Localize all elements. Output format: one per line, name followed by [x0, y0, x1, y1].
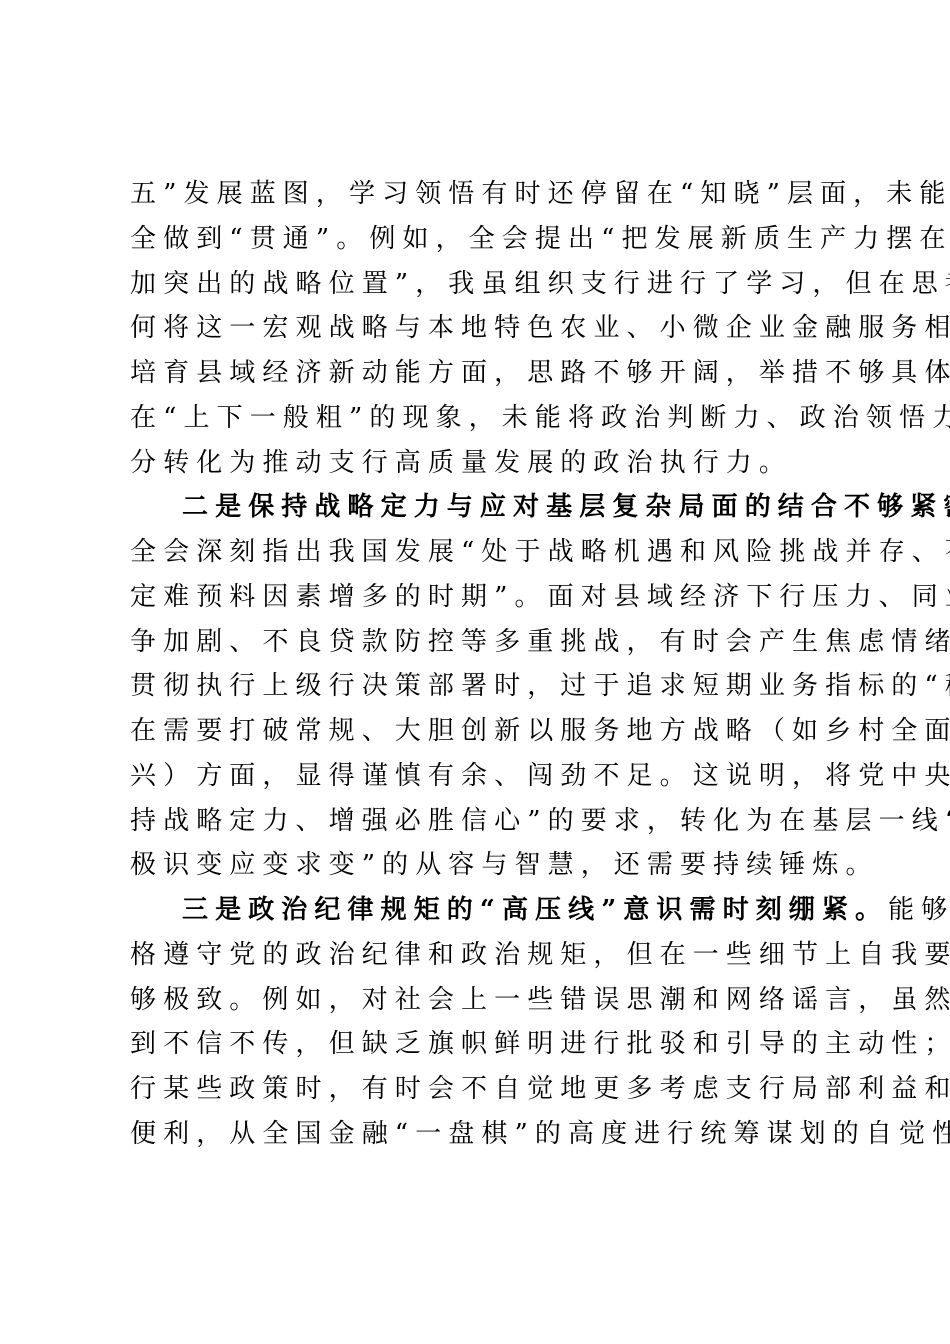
text-run: 定难预料因素增多的时期”。面对县域经济下行压力、同业竞 [130, 582, 950, 612]
text-run: 全会深刻指出我国发展“处于战略机遇和风险挑战并存、不确 [130, 537, 950, 567]
text-line: 二是保持战略定力与应对基层复杂局面的结合不够紧密。 [130, 489, 830, 534]
text-run: 持战略定力、增强必胜信心”的要求，转化为在基层一线“积 [130, 806, 950, 836]
text-line: 兴）方面，显得谨慎有余、闯劲不足。这说明，将党中央“保 [130, 758, 830, 803]
text-line: 分转化为推动支行高质量发展的政治执行力。 [130, 445, 830, 490]
text-run: 到不信不传，但缺乏旗帜鲜明进行批驳和引导的主动性；在执 [130, 1029, 950, 1059]
text-line: 格遵守党的政治纪律和政治规矩，但在一些细节上自我要求不 [130, 937, 830, 982]
document-body: 五”发展蓝图，学习领悟有时还停留在“知晓”层面，未能完 全做到“贯通”。例如，全… [130, 176, 830, 1161]
text-line: 极识变应变求变”的从容与智慧，还需要持续锤炼。 [130, 847, 830, 892]
paragraph-continued: 五”发展蓝图，学习领悟有时还停留在“知晓”层面，未能完 全做到“贯通”。例如，全… [130, 176, 830, 489]
text-run: 能够严 [888, 895, 950, 925]
text-line: 培育县域经济新动能方面，思路不够开阔，举措不够具体，存 [130, 355, 830, 400]
text-run: 加突出的战略位置”，我虽组织支行进行了学习，但在思考如 [130, 269, 950, 299]
paragraph-heading: 三是政治纪律规矩的“高压线”意识需时刻绷紧。 [182, 895, 888, 925]
text-line: 持战略定力、增强必胜信心”的要求，转化为在基层一线“积 [130, 803, 830, 848]
text-line: 何将这一宏观战略与本地特色农业、小微企业金融服务相结合， [130, 310, 830, 355]
text-line: 全做到“贯通”。例如，全会提出“把发展新质生产力摆在更 [130, 221, 830, 266]
text-line: 定难预料因素增多的时期”。面对县域经济下行压力、同业竞 [130, 579, 830, 624]
document-page: 五”发展蓝图，学习领悟有时还停留在“知晓”层面，未能完 全做到“贯通”。例如，全… [0, 0, 950, 1344]
paragraph-three: 三是政治纪律规矩的“高压线”意识需时刻绷紧。能够严 格遵守党的政治纪律和政治规矩… [130, 892, 830, 1161]
text-line: 在“上下一般粗”的现象，未能将政治判断力、政治领悟力充 [130, 400, 830, 445]
text-run: 何将这一宏观战略与本地特色农业、小微企业金融服务相结合， [130, 313, 950, 343]
text-run: 兴）方面，显得谨慎有余、闯劲不足。这说明，将党中央“保 [130, 761, 950, 791]
text-run: 行某些政策时，有时会不自觉地更多考虑支行局部利益和操作 [130, 1074, 950, 1104]
text-run: 格遵守党的政治纪律和政治规矩，但在一些细节上自我要求不 [130, 940, 950, 970]
paragraph-heading: 二是保持战略定力与应对基层复杂局面的结合不够紧密。 [182, 492, 950, 522]
text-run: 极识变应变求变”的从容与智慧，还需要持续锤炼。 [130, 850, 879, 880]
text-line: 够极致。例如，对社会上一些错误思潮和网络谣言，虽然能做 [130, 982, 830, 1027]
text-line: 加突出的战略位置”，我虽组织支行进行了学习，但在思考如 [130, 266, 830, 311]
text-line: 在需要打破常规、大胆创新以服务地方战略（如乡村全面振 [130, 713, 830, 758]
text-line: 全会深刻指出我国发展“处于战略机遇和风险挑战并存、不确 [130, 534, 830, 579]
text-run: 全做到“贯通”。例如，全会提出“把发展新质生产力摆在更 [130, 224, 950, 254]
text-run: 培育县域经济新动能方面，思路不够开阔，举措不够具体，存 [130, 358, 950, 388]
text-line: 贯彻执行上级行决策部署时，过于追求短期业务指标的“稳”， [130, 668, 830, 713]
text-run: 在“上下一般粗”的现象，未能将政治判断力、政治领悟力充 [130, 403, 950, 433]
text-run: 在需要打破常规、大胆创新以服务地方战略（如乡村全面振 [130, 716, 950, 746]
text-line: 三是政治纪律规矩的“高压线”意识需时刻绷紧。能够严 [130, 892, 830, 937]
text-line: 行某些政策时，有时会不自觉地更多考虑支行局部利益和操作 [130, 1071, 830, 1116]
text-run: 够极致。例如，对社会上一些错误思潮和网络谣言，虽然能做 [130, 985, 950, 1015]
text-line: 五”发展蓝图，学习领悟有时还停留在“知晓”层面，未能完 [130, 176, 830, 221]
paragraph-two: 二是保持战略定力与应对基层复杂局面的结合不够紧密。 全会深刻指出我国发展“处于战… [130, 489, 830, 892]
text-run: 五”发展蓝图，学习领悟有时还停留在“知晓”层面，未能完 [130, 179, 950, 209]
text-run: 分转化为推动支行高质量发展的政治执行力。 [130, 448, 792, 478]
text-run: 争加剧、不良贷款防控等多重挑战，有时会产生焦虑情绪，在 [130, 627, 950, 657]
text-line: 争加剧、不良贷款防控等多重挑战，有时会产生焦虑情绪，在 [130, 624, 830, 669]
text-line: 到不信不传，但缺乏旗帜鲜明进行批驳和引导的主动性；在执 [130, 1026, 830, 1071]
text-line: 便利，从全国金融“一盘棋”的高度进行统筹谋划的自觉性还 [130, 1116, 830, 1161]
text-run: 贯彻执行上级行决策部署时，过于追求短期业务指标的“稳”， [130, 671, 950, 701]
text-run: 便利，从全国金融“一盘棋”的高度进行统筹谋划的自觉性还 [130, 1119, 950, 1149]
